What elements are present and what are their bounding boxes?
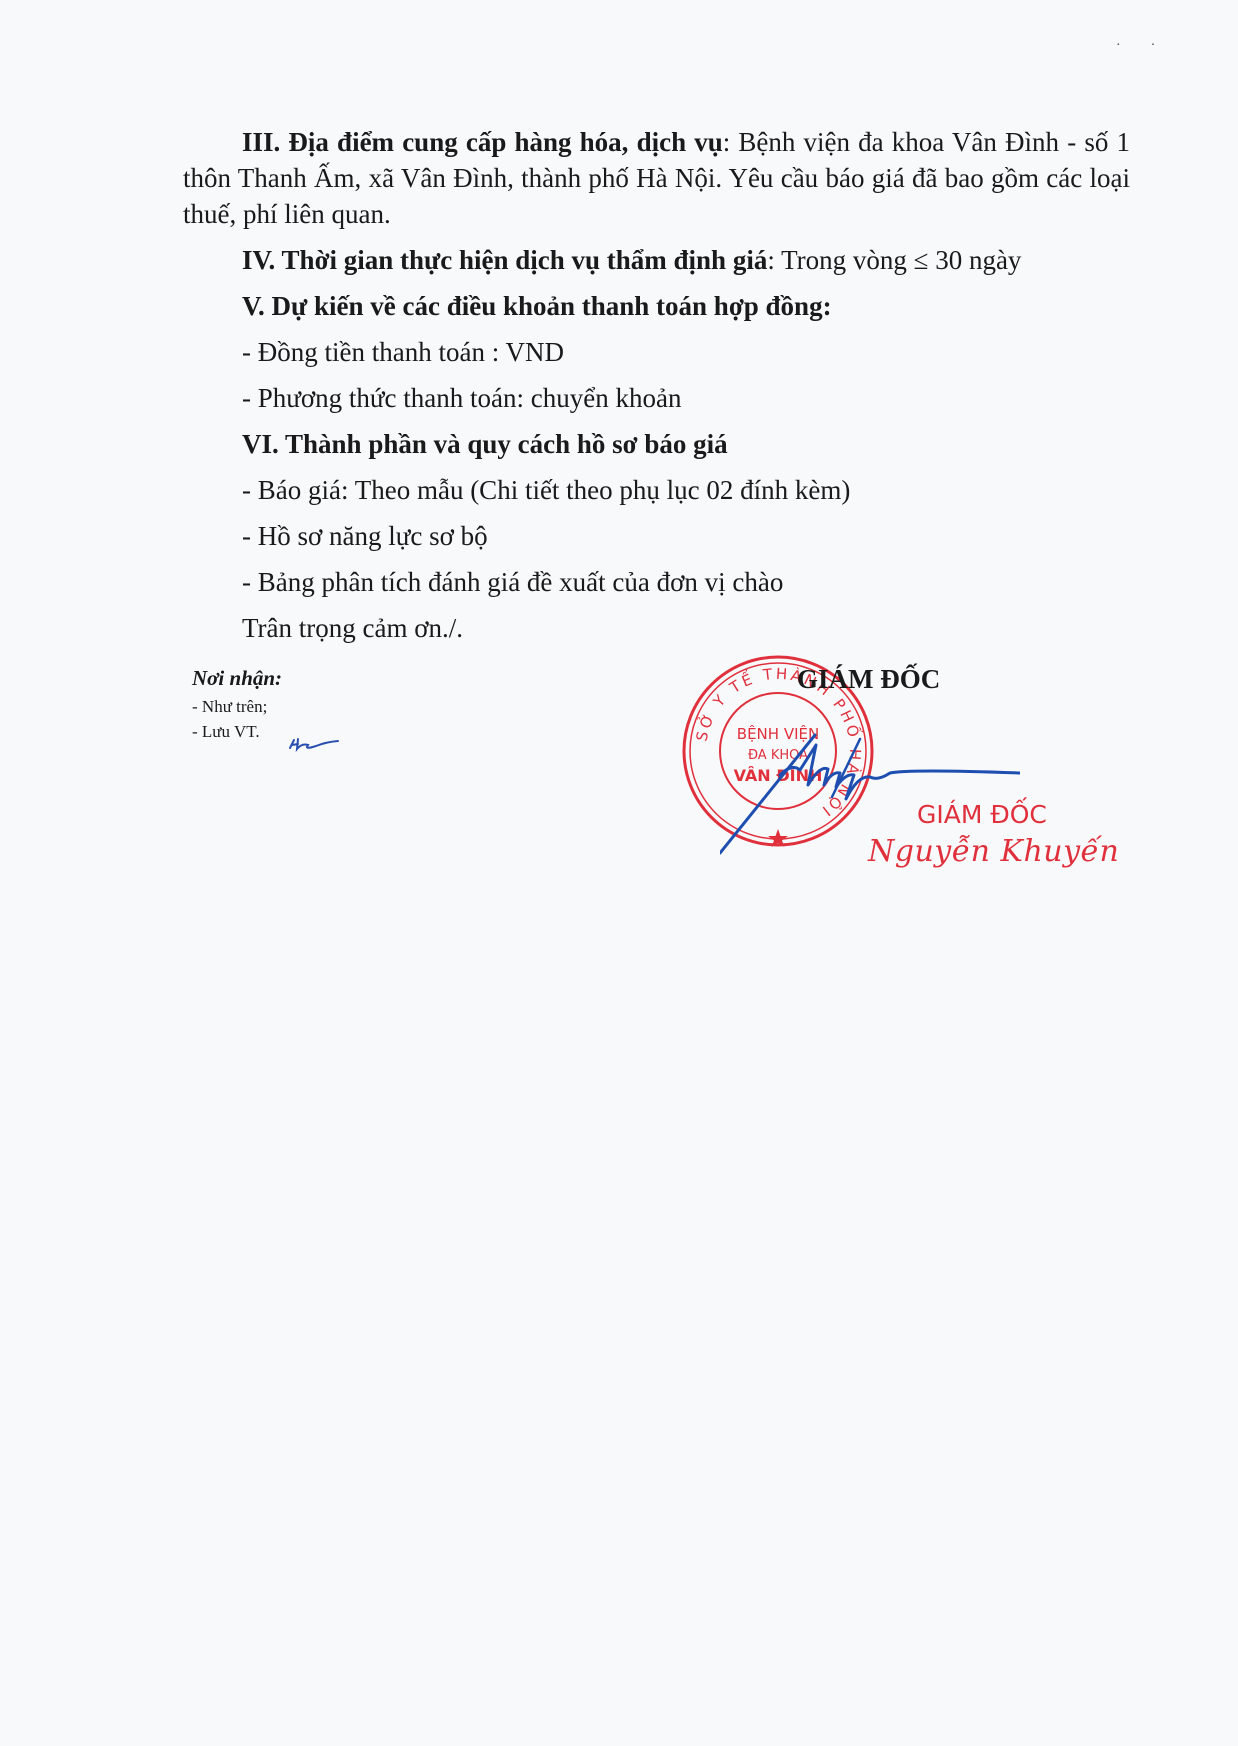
section-5-heading: V. Dự kiến về các điều khoản thanh toán …: [242, 288, 832, 324]
section-6-heading: VI. Thành phần và quy cách hồ sơ báo giá: [242, 426, 728, 462]
section-6-item: - Bảng phân tích đánh giá đề xuất của đơ…: [242, 564, 783, 600]
recipients-title: Nơi nhận:: [192, 666, 282, 691]
section-4-line: IV. Thời gian thực hiện dịch vụ thẩm địn…: [242, 242, 1021, 278]
handwritten-initials-icon: [286, 734, 346, 754]
section-5-item: - Đồng tiền thanh toán : VND: [242, 334, 564, 370]
handwritten-signature-icon: [720, 725, 1020, 855]
document-page: ·· III. Địa điểm cung cấp hàng hóa, dịch…: [0, 0, 1238, 1746]
section-6-item: - Báo giá: Theo mẫu (Chi tiết theo phụ l…: [242, 472, 850, 508]
closing-text: Trân trọng cảm ơn./.: [242, 610, 463, 646]
section-5-item: - Phương thức thanh toán: chuyển khoản: [242, 380, 681, 416]
section-3-heading: III. Địa điểm cung cấp hàng hóa, dịch vụ: [242, 127, 723, 157]
section-4-text: : Trong vòng ≤ 30 ngày: [767, 245, 1021, 275]
scan-marks: ··: [1116, 38, 1185, 54]
section-3-paragraph: III. Địa điểm cung cấp hàng hóa, dịch vụ…: [183, 124, 1130, 232]
section-6-item: - Hồ sơ năng lực sơ bộ: [242, 518, 488, 554]
recipient-item: - Như trên;: [192, 697, 267, 717]
signature-title: GIÁM ĐỐC: [797, 664, 940, 695]
recipient-item: - Lưu VT.: [192, 722, 260, 742]
section-4-heading: IV. Thời gian thực hiện dịch vụ thẩm địn…: [242, 245, 767, 275]
